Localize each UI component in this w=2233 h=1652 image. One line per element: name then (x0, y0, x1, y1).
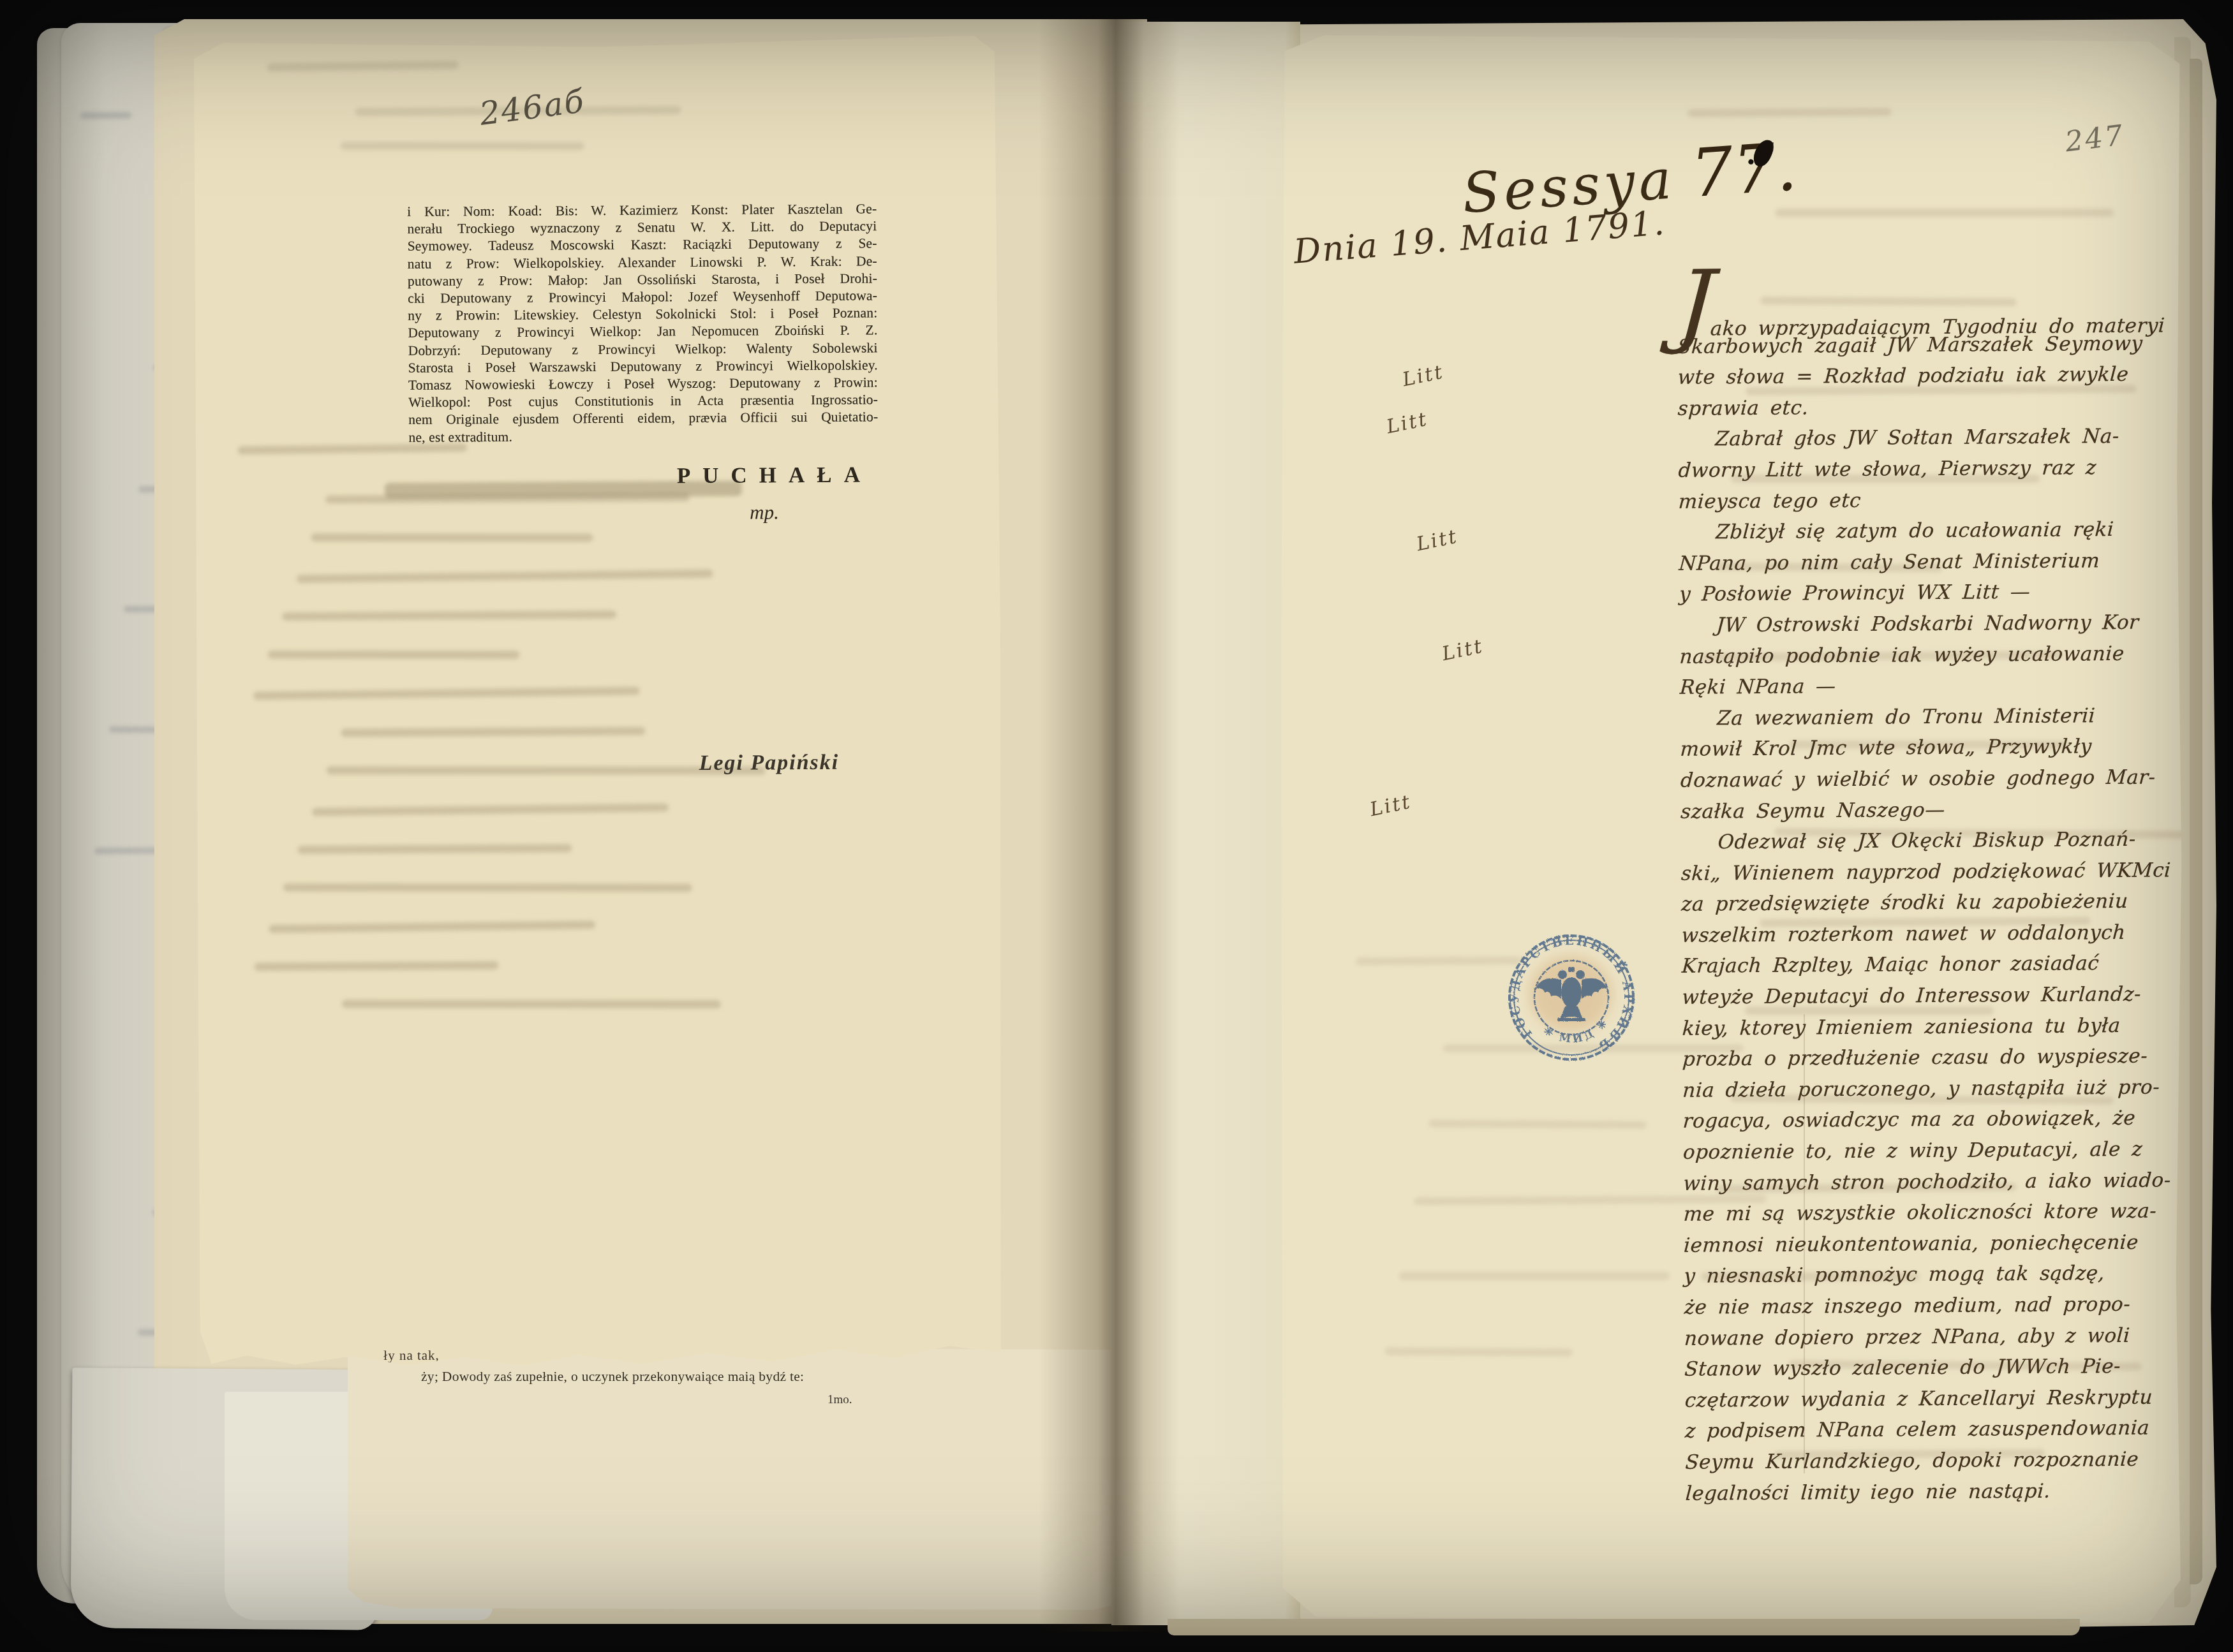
archive-stamp: ГОСУДАРСТВЕННЫЙ АРХИВЪ ✳ МИД ✳ (1504, 930, 1639, 1065)
manuscript-line: czętarzow wydania z Kancellaryi Reskrypt… (1684, 1385, 2190, 1420)
show-through-line (283, 883, 692, 892)
manuscript-line: Seymu Kurlandzkiego, dopoki rozpoznanie (1684, 1447, 2190, 1482)
printed-line: natu z Prow: Wielkopolskiey. Alexander L… (408, 253, 877, 273)
margin-note-litt: Litt (1400, 361, 1446, 392)
show-through-line (1775, 209, 2114, 217)
margin-note-litt: Litt (1384, 408, 1430, 439)
manuscript-line: Zabrał głos JW Sołtan Marszałek Na- (1677, 425, 2183, 459)
manuscript-line: Ręki NPana — (1679, 672, 2185, 707)
printed-line: Dobrzyń: Deputowany z Prowincyi Wielkop:… (408, 339, 878, 360)
folio-annotation-left: 246аб (477, 82, 587, 133)
manuscript-line: nowane dopiero przez NPana, aby z woli (1683, 1324, 2189, 1358)
manuscript-line: y Posłowie Prowincyi WX Litt — (1678, 580, 2184, 614)
show-through-line (254, 961, 498, 971)
archive-stamp-svg: ГОСУДАРСТВЕННЫЙ АРХИВЪ ✳ МИД ✳ (1504, 930, 1639, 1065)
show-through-line (341, 727, 645, 737)
manuscript-line: Zbliżył się zatym do ucałowania ręki (1677, 517, 2183, 552)
manuscript-line: doznawać y wielbić w osobie godnego Mar- (1679, 765, 2185, 800)
manuscript-line: kiey, ktorey Imieniem zaniesiona tu była (1681, 1014, 2187, 1048)
show-through-line (342, 999, 721, 1008)
gutter-intermediate-leaf (1111, 22, 1300, 1625)
manuscript-body: Jako wprzypadaiącym Tygodniu do materyiS… (1677, 300, 2189, 1513)
printed-line: ne, est extraditum. (408, 426, 878, 446)
manuscript-line: Jako wprzypadaiącym Tygodniu do materyi (1676, 300, 2182, 335)
margin-note-litt: Litt (1414, 526, 1460, 556)
show-through-line (1428, 1119, 1647, 1129)
manuscript-line: Stanow wyszło zalecenie do JWWch Pie- (1684, 1354, 2190, 1389)
margin-note-litt: Litt (1440, 635, 1485, 666)
show-through-line (1356, 956, 1522, 966)
show-through-line (253, 686, 640, 700)
show-through-line (267, 61, 459, 71)
manuscript-line: wte słowa = Rozkład podziału iak zwykle (1677, 362, 2183, 397)
printed-line: Deputowany z Prowincyi Wielkop: Jan Nepo… (408, 322, 877, 343)
signature-manu-propria: mp. (750, 501, 779, 524)
note-legi-papinski: Legi Papiński (699, 751, 839, 776)
manuscript-line: szałka Seymu Naszego— (1679, 797, 2185, 831)
manuscript-line: Odezwał się JX Okęcki Biskup Poznań- (1680, 827, 2186, 862)
lower-leaf-printed-line: ży; Dowody zaś zupełnie, o uczynek przek… (421, 1369, 804, 1385)
show-through-line (1688, 108, 1892, 117)
manuscript-line: wszelkim rozterkom nawet w oddalonych (1680, 920, 2186, 955)
manuscript-line: legalności limity iego nie nastąpi. (1684, 1479, 2190, 1513)
manuscript-line: Skarbowych zagaił JW Marszałek Seymowy (1676, 332, 2182, 366)
manuscript-line: y niesnaski pomnożyc mogą tak sądzę, (1683, 1262, 2189, 1296)
printed-text-block: i Kur: Nom: Koad: Bis: W. Kazimierz Kons… (407, 200, 878, 446)
manuscript-line: sprawia etc. (1677, 394, 2183, 428)
bottom-page-edge (1168, 1619, 2080, 1635)
show-through-line (311, 533, 593, 542)
manuscript-line: z podpisem NPana celem zasuspendowania (1684, 1417, 2190, 1451)
lower-printed-leaf: ży; Dowody zaś zupełnie, o uczynek przek… (348, 1347, 1125, 1610)
double-headed-eagle-icon (1536, 967, 1607, 1021)
folio-number-pencil: 247 (2063, 119, 2126, 159)
manuscript-line: JW Ostrowski Podskarbi Nadworny Kor (1678, 610, 2184, 645)
manuscript-line: nastąpiło podobnie iak wyżey ucałowanie (1679, 642, 2185, 676)
manuscript-line: me mi są wszystkie okoliczności ktore wz… (1682, 1199, 2188, 1234)
printed-leaf: 246аб i Kur: Nom: Koad: Bis: W. Kazimier… (191, 33, 1006, 1372)
manuscript-line: winy samych stron pochodziło, a iako wia… (1682, 1169, 2188, 1203)
printed-line: Seymowey. Tadeusz Moscowski Kaszt: Racią… (408, 235, 877, 256)
photographed-book-spread: ży; Dowody zaś zupełnie, o uczynek przek… (0, 0, 2233, 1652)
manuscript-line: Krajach Rzpltey, Maiąc honor zasiadać (1680, 952, 2186, 986)
margin-note-litt: Litt (1368, 791, 1413, 822)
manuscript-line: że nie masz inszego medium, nad propo- (1683, 1292, 2189, 1327)
manuscript-line: mowił Krol Jmc wte słowa„ Przywykły (1679, 735, 2185, 769)
show-through-line (1399, 1272, 1670, 1280)
show-through-line (1384, 1347, 1573, 1357)
show-through-line (80, 112, 131, 119)
show-through-line (268, 651, 520, 659)
manuscript-line: nia dzieła poruczonego, y nastąpiła iuż … (1682, 1075, 2188, 1110)
show-through-line (312, 803, 669, 816)
manuscript-line: opoznienie to, nie z winy Deputacyi, ale… (1682, 1137, 2188, 1172)
manuscript-line: za przedsięwzięte środki ku zapobieżeniu (1680, 890, 2186, 924)
lower-leaf-catchword: 1mo. (827, 1393, 852, 1407)
show-through-line (297, 844, 572, 854)
show-through-line (297, 570, 713, 584)
manuscript-line: rogacya, oswiadczyc ma za obowiązek, że (1682, 1107, 2188, 1141)
torn-line-fragment: ły na tak, (383, 1348, 440, 1364)
manuscript-line: prozba o przedłużenie czasu do wyspiesze… (1681, 1044, 2187, 1079)
session-heading-number: 77. (1688, 128, 1799, 212)
show-through-line (341, 142, 584, 150)
signature-puchala: PUCHAŁA (677, 462, 872, 489)
manuscript-line: dworny Litt wte słowa, Pierwszy raz z (1677, 455, 2183, 490)
manuscript-line: Za wezwaniem do Tronu Ministerii (1679, 704, 2185, 738)
manuscript-line: mieysca tego etc (1677, 487, 2183, 521)
manuscript-line: ski„ Winienem nayprzod podziękować WKMci (1680, 859, 2186, 893)
right-deckle-edge-2 (2190, 59, 2202, 1584)
manuscript-leaf: 247 Sessya77. Dnia 19. Maia 1791. LittLi… (1279, 32, 2185, 1628)
show-through-line (282, 610, 616, 621)
manuscript-line: wteyże Deputacyi do Interessow Kurlandz- (1680, 982, 2186, 1017)
manuscript-line: NPana, po nim cały Senat Ministerium (1678, 549, 2184, 583)
manuscript-line: iemnosi nieukontentowania, poniechęcenie (1682, 1230, 2188, 1265)
printed-line: nem Originale ejusdem Offerenti eidem, p… (408, 409, 878, 429)
show-through-line (269, 920, 595, 933)
